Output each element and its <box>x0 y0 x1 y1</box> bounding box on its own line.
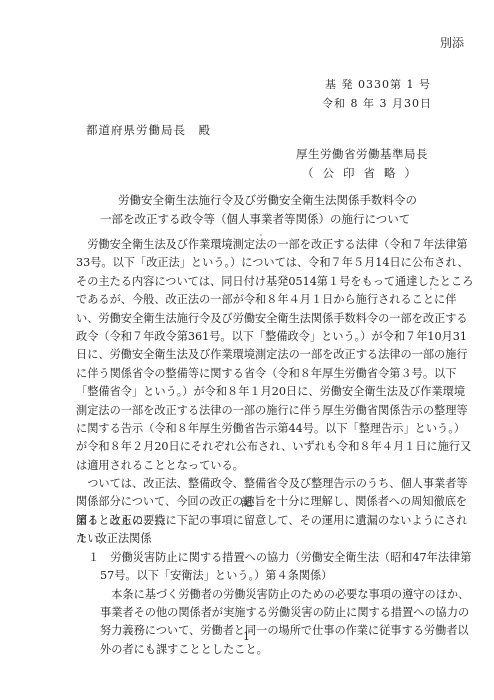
body-line: であるが、今般、改正法の一部が令和８年４月１日から施行されることに伴 <box>76 291 421 309</box>
body-line: 労働安全衛生法及び作業環境測定法の一部を改正する法律（令和７年法律第 <box>76 236 421 254</box>
body-line: 日に、労働安全衛生法及び作業環境測定法の一部を改正する法律の一部の施行 <box>76 346 421 364</box>
ki-heading: 記 <box>241 494 253 510</box>
attachment-label: 別添 <box>440 34 464 51</box>
page-number: 1 <box>243 630 250 643</box>
document-page: 別添 基 発 0330第 1 号 令和 8 年 3 月30日 都道府県労働局長 … <box>0 0 494 700</box>
scan-speck <box>240 390 242 392</box>
body-line: が令和８年２月20日にそれぞれ公布され、いずれも令和８年４月１日に施行又 <box>76 438 421 456</box>
body-line: 測定法の一部を改正する法律の一部の施行に伴う厚生労働省関係告示の整理等 <box>76 402 421 420</box>
body-line: に関する告示（令和８年厚生労働省告示第44号。以下「整理告示」という。） <box>76 420 421 438</box>
item-body-line: 外の者にも課すこととしたこと。 <box>76 641 421 659</box>
document-title-line-1: 労働安全衛生法施行令及び労働安全衛生法関係手数料令の <box>118 192 417 208</box>
scan-speck <box>430 288 432 290</box>
document-number: 基 発 0330第 1 号 <box>325 76 431 92</box>
item-body-line: 事業者その他の関係者が実施する労働災害の防止に関する措置への協力の <box>76 604 421 622</box>
subsection-heading: Ⅰ 改正法関係 <box>76 530 421 548</box>
body-line: に伴う関係省令の整備等に関する省令（令和８年厚生労働省令第３号。以下 <box>76 365 421 383</box>
body-line: い、労働安全衛生法施行令及び労働安全衛生法関係手数料令の一部を改正する <box>76 310 421 328</box>
body-line: 政令（令和７年政令第361号。以下「整備政令」という。）が令和７年10月31 <box>76 328 421 346</box>
scan-speck <box>260 234 262 236</box>
body-line: ついては、改正法、整備政令、整備省令及び整理告示のうち、個人事業者等 <box>76 475 421 493</box>
body-line: 「整備省令」という。）が令和８年１月20日に、労働安全衛生法及び作業環境 <box>76 383 421 401</box>
addressee: 都道府県労働局長 殿 <box>86 122 211 138</box>
item-heading-line-1: １ 労働災害防止に関する措置への協力（労働安全衛生法（昭和47年法律第 <box>76 549 421 567</box>
item-body-line: 本条に基づく労働者の労働災害防止のための必要な事項の遵守のほか、 <box>76 586 421 604</box>
sender-title: 厚生労働省労働基準局長 <box>296 146 428 162</box>
document-date: 令和 8 年 3 月30日 <box>322 95 432 111</box>
body-line: は適用されることとなっている。 <box>76 457 421 475</box>
body-line: その主たる内容については、同日付け基発0514第１号をもって通達したところ <box>76 273 421 291</box>
document-title-line-2: 一部を改正する政令等（個人事業者等関係）の施行について <box>100 211 410 227</box>
item-heading-line-2: 57号。以下「安衛法」という。）第４条関係） <box>76 567 421 585</box>
section-heading: 第１ 改正の要点 <box>76 512 421 530</box>
seal-note: （公印省略） <box>302 165 425 181</box>
body-line: 33号。以下「改正法」という。）については、令和７年５月14日に公布され、 <box>76 254 421 272</box>
